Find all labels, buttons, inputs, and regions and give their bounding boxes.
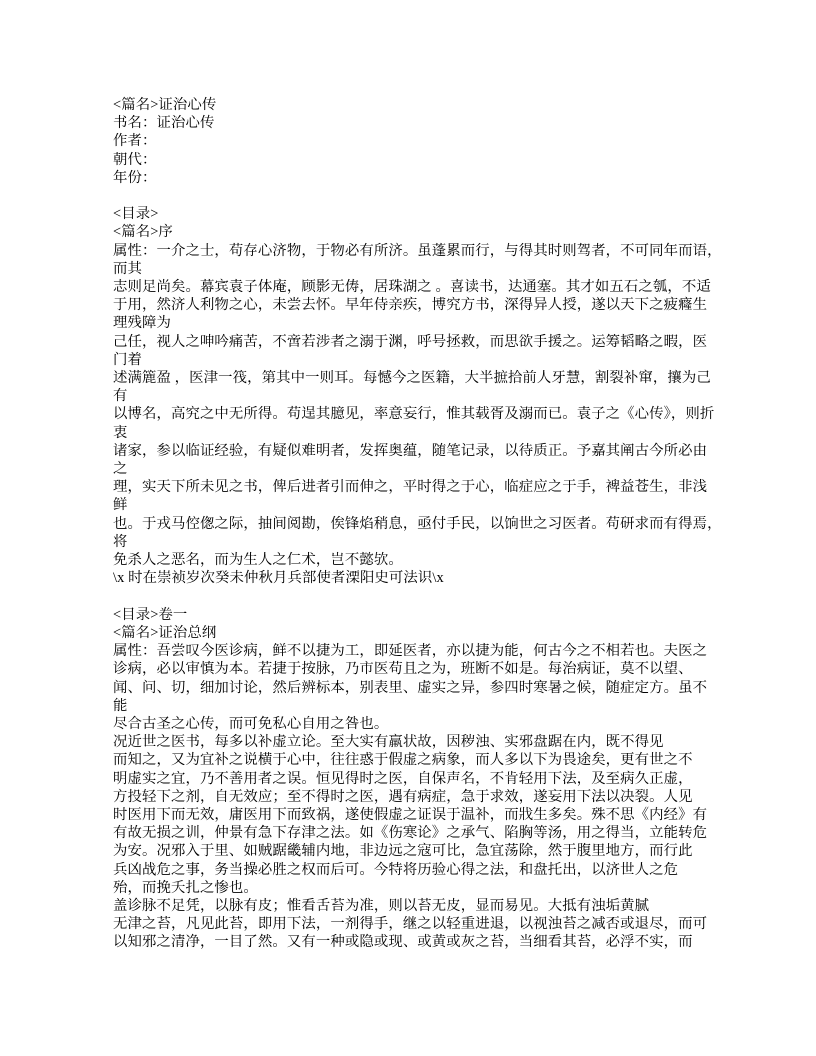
text-line: 门着 (113, 351, 725, 369)
text-line: 而知之，又为宜补之说横于心中，往往惑于假虚之病象，而人多以下为畏途矣，更有世之不 (113, 751, 725, 769)
text-line: 免杀人之恶名，而为生人之仁术，岂不懿欤。 (113, 551, 725, 569)
text-line: 尽合古圣之心传，而可免私心自用之咎也。 (113, 715, 725, 733)
text-line: 诊病，必以审慎为本。若捷于按脉，乃市医苟且之为，班断不如是。每治病证，莫不以望、 (113, 660, 725, 678)
text-line: 有故无损之训，仲景有急下存津之法。如《伤寒论》之承气、陷胸等汤，用之得当，立能转… (113, 824, 725, 842)
text-line: 诸家，参以临证经验，有疑似难明者，发挥奥蕴，随笔记录，以待质正。予嘉其阐古今所必… (113, 442, 725, 460)
text-line: 时医用下而无效，庸医用下而致祸，遂使假虚之证误于温补，而戕生多矣。殊不思《内经》… (113, 806, 725, 824)
text-line: 朝代： (113, 151, 725, 169)
text-line: <篇名>证治心传 (113, 96, 725, 114)
text-line (113, 587, 725, 605)
text-line: 于用，然济人利物之心，未尝去怀。早年侍亲疾，博究方书，深得异人授，遂以天下之疲癃… (113, 296, 725, 314)
text-line: 而其 (113, 260, 725, 278)
text-line: 况近世之医书，每多以补虚立论。至大实有羸状故，因秽浊、实邪盘踞在内，既不得见 (113, 733, 725, 751)
text-line: 鲜 (113, 496, 725, 514)
text-line: 衷 (113, 424, 725, 442)
text-line: 属性：吾尝叹今医诊病，鲜不以捷为工，即延医者，亦以捷为能，何古今之不相若也。夫医… (113, 642, 725, 660)
text-line: 兵凶战危之事，务当操必胜之权而后可。今特将历验心得之法，和盘托出，以济世人之危 (113, 861, 725, 879)
text-line: 之 (113, 460, 725, 478)
text-line: 以知邪之清净，一目了然。又有一种或隐或现、或黄或灰之苔，当细看其苔，必浮不实，而 (113, 933, 725, 951)
text-line: 殆，而挽夭扎之惨也。 (113, 879, 725, 897)
document-text-block: <篇名>证治心传书名：证治心传作者：朝代：年份： <目录><篇名>序属性：一介之… (113, 96, 725, 952)
text-line: 方投轻下之剂，自无效应；至不得时之医，遇有病症，急于求效，遂妄用下法以决裂。人见 (113, 788, 725, 806)
text-line: 能 (113, 697, 725, 715)
text-line: 理，实天下所未见之书，俾后进者引而伸之，平时得之于心，临症应之于手，裨益苍生，非… (113, 478, 725, 496)
text-line: 以博名，高究之中无所得。苟逞其臆见，率意妄行，惟其载胥及溺而已。袁子之《心传》，… (113, 405, 725, 423)
text-line: 属性：一介之士，苟存心济物，于物必有所济。虽蓬累而行，与得其时则驾者，不可同年而… (113, 242, 725, 260)
text-line: 书名：证治心传 (113, 114, 725, 132)
text-line: 为安。况邪入于里、如贼踞畿辅内地，非边远之寇可比，急宜荡除，然于腹里地方，而行此 (113, 842, 725, 860)
text-line: \x 时在崇祯岁次癸未仲秋月兵部使者溧阳史可法识\x (113, 569, 725, 587)
text-line: 有 (113, 387, 725, 405)
text-line: <目录> (113, 205, 725, 223)
text-line: 盖诊脉不足凭，以脉有皮；惟看舌苔为准，则以苔无皮，显而易见。大抵有浊垢黄腻 (113, 897, 725, 915)
document-page: <篇名>证治心传书名：证治心传作者：朝代：年份： <目录><篇名>序属性：一介之… (0, 0, 816, 1056)
text-line: 将 (113, 533, 725, 551)
text-line: 志则足尚矣。幕宾袁子体庵，顾影无俦，居珠湖之 。喜读书，达通塞。其才如五石之瓠，… (113, 278, 725, 296)
text-line: 也。于戎马倥偬之际，抽间阅勘，俟锋焰稍息，亟付手民，以饷世之习医者。苟研求而有得… (113, 515, 725, 533)
text-line: 己任，视人之呻吟痛苦，不啻若涉者之溺于渊，呼号拯救，而思欲手援之。运筹韬略之暇，… (113, 333, 725, 351)
text-line: 明虚实之宜，乃不善用者之误。恒见得时之医，自保声名，不肯轻用下法，及至病久正虚， (113, 770, 725, 788)
text-line: <目录>卷一 (113, 606, 725, 624)
text-line: 无津之苔，凡见此苔，即用下法，一剂得手，继之以轻重进退，以视浊苔之减否或退尽，而… (113, 915, 725, 933)
text-line: <篇名>证治总纲 (113, 624, 725, 642)
text-line: 闻、问、切，细加讨论，然后辨标本，别表里、虚实之异，参四时寒暑之候，随症定方。虽… (113, 679, 725, 697)
text-line: 述满簏盈 ，医津一筏，第其中一则耳。每憾今之医籍，大半摭拾前人牙慧，割裂补窜，攘… (113, 369, 725, 387)
text-line: 作者： (113, 132, 725, 150)
text-line: 年份： (113, 169, 725, 187)
text-line: 理残障为 (113, 314, 725, 332)
text-line (113, 187, 725, 205)
text-line: <篇名>序 (113, 223, 725, 241)
